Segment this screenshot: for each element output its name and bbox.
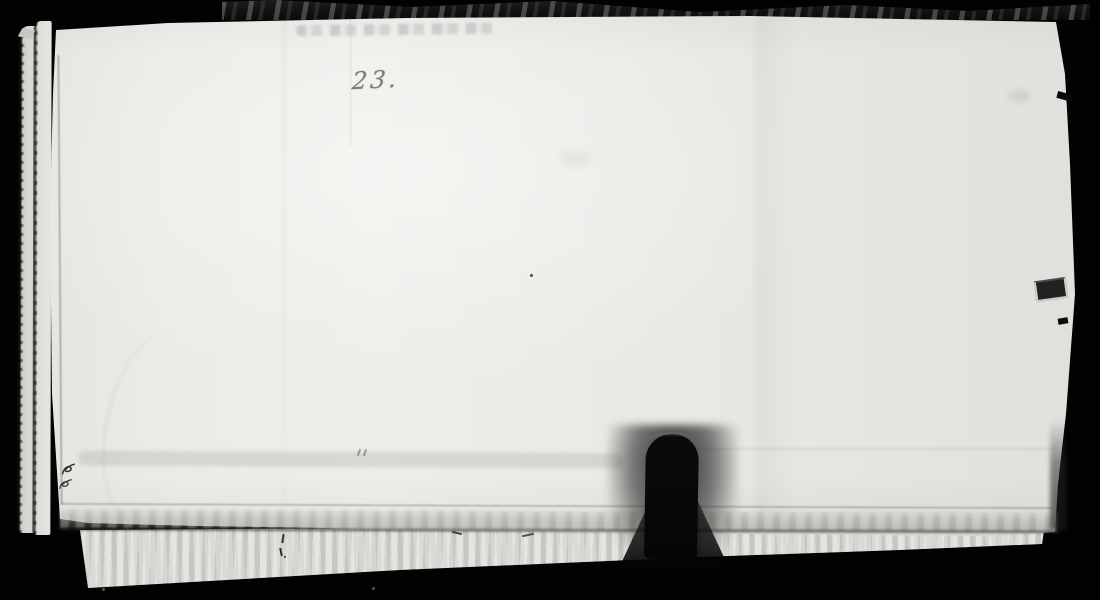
right-edge-smudge — [1050, 420, 1066, 530]
paper-stain — [560, 150, 590, 166]
finger-highlight-rim — [649, 432, 694, 449]
background-speck — [102, 588, 105, 591]
vertical-fold-shading — [755, 16, 825, 531]
horizontal-crease-line — [695, 448, 1055, 450]
paper-speck — [530, 274, 533, 277]
handwritten-page-number: 23. — [351, 65, 401, 96]
ink-squiggle-mark — [57, 477, 75, 492]
paper-stain — [1008, 90, 1030, 102]
page-stack-edge-inner — [32, 21, 51, 535]
vertical-fold-line — [283, 16, 286, 526]
page-fastener — [1034, 277, 1069, 302]
background-speck — [372, 587, 375, 590]
horizontal-crease-band — [78, 451, 623, 469]
ink-dot-mark — [284, 556, 286, 558]
finger-silhouette — [644, 434, 699, 560]
ink-squiggle-mark — [59, 461, 79, 477]
archival-scan-photo: { "scan": { "page_number": "23.", "margi… — [0, 0, 1100, 600]
